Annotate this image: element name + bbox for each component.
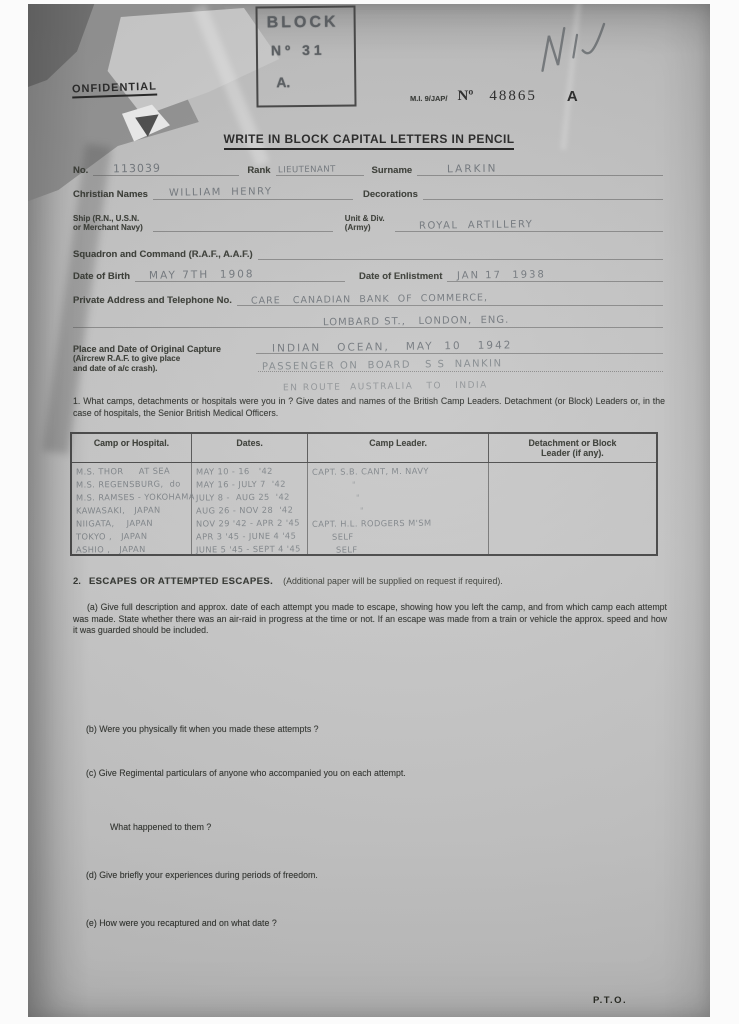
address-value-line2: LOMBARD ST., LONDON, ENG.	[323, 315, 509, 329]
camp-cell: M.S. THOR AT SEA	[76, 465, 191, 476]
question-2-heading: 2. ESCAPES OR ATTEMPTED ESCAPES. (Additi…	[73, 576, 503, 587]
squadron-line	[258, 244, 663, 260]
no-value: 113039	[113, 162, 161, 176]
surname-line: LARKIN	[417, 160, 663, 176]
question-2-note: (Additional paper will be supplied on re…	[283, 576, 503, 586]
leader-cell: CAPT. S.B. CANT, M. NAVY	[312, 465, 488, 477]
question-2b-text: (b) Were you physically fit when you mad…	[86, 724, 646, 736]
detachment-cell	[493, 553, 656, 555]
unit-line: ROYAL ARTILLERY	[395, 216, 663, 232]
stamp-block-number: Nº 31	[271, 42, 326, 59]
address-line1: CARE CANADIAN BANK OF COMMERCE,	[237, 290, 663, 306]
christian-names-value: WILLIAM HENRY	[169, 186, 273, 198]
squadron-label: Squadron and Command (R.A.F., A.A.F.)	[73, 249, 258, 260]
pto-footer: P.T.O.	[593, 995, 627, 1006]
ship-label-line2: or Merchant Navy)	[73, 223, 148, 232]
dob-label: Date of Birth	[73, 271, 135, 282]
rank-label: Rank	[247, 165, 275, 176]
leader-cell: SELF	[312, 530, 488, 542]
capture-value-line3: EN ROUTE AUSTRALIA TO INDIA	[283, 381, 488, 394]
decorations-label: Decorations	[363, 189, 423, 200]
pencil-scribble	[523, 6, 649, 82]
col-camp-leader: Camp Leader.	[308, 433, 489, 463]
capture-label: Place and Date of Original Capture	[73, 344, 256, 354]
enlistment-label: Date of Enlistment	[359, 271, 447, 282]
question-2e-text: (e) How were you recaptured and on what …	[86, 918, 646, 930]
decorations-line	[423, 184, 663, 200]
dates-cell: MAY 10 - 16 '42	[196, 465, 307, 476]
camp-cell: M.S. RAMSES - YOKOHAMA	[76, 491, 191, 502]
capture-label-line3: and date of a/c crash).	[73, 364, 162, 373]
torn-corner-dark	[28, 4, 176, 132]
leader-cell: "	[312, 491, 488, 503]
surname-label: Surname	[372, 165, 418, 176]
question-2-title: ESCAPES OR ATTEMPTED ESCAPES.	[89, 576, 283, 587]
question-2-number: 2.	[73, 576, 89, 587]
form-heading: WRITE IN BLOCK CAPITAL LETTERS IN PENCIL	[28, 130, 710, 150]
serial-no-symbol: Nº	[458, 88, 474, 105]
dates-cell: AUG 26 - NOV 28 '42	[196, 504, 307, 515]
leader-cell: CAPT. H.L. RODGERS M'SM	[312, 517, 488, 529]
stamp-block-word: BLOCK	[267, 14, 339, 33]
dates-cell: APR 3 '45 - JUNE 4 '45	[196, 530, 307, 541]
table-row: KAWASAKI, JAPAN AUG 26 - NOV 28 '42 "	[71, 502, 657, 515]
form-heading-text: WRITE IN BLOCK CAPITAL LETTERS IN PENCIL	[224, 132, 515, 150]
mi9-reference: M.I. 9/JAP/	[410, 94, 448, 105]
address-value-line1: CARE CANADIAN BANK OF COMMERCE,	[251, 292, 488, 306]
dob-line: MAY 7TH 1908	[135, 266, 345, 282]
surname-value: LARKIN	[447, 163, 498, 176]
table-row: M.S. RAMSES - YOKOHAMA JULY 8 - AUG 25 '…	[71, 489, 657, 502]
leader-cell: "	[312, 478, 488, 490]
dates-cell: JULY 8 - AUG 25 '42	[196, 491, 307, 502]
ship-label: Ship (R.N., U.S.N. or Merchant Navy)	[73, 214, 153, 232]
camp-cell: ASHIO , JAPAN	[76, 543, 191, 554]
leader-cell: "	[312, 504, 488, 516]
enlistment-line: JAN 17 1938	[447, 266, 663, 282]
question-1-text: 1. What camps, detachments or hospitals …	[73, 396, 665, 419]
rank-value: LIEUTENANT	[277, 165, 335, 176]
unit-value: ROYAL ARTILLERY	[419, 219, 534, 232]
christian-names-line: WILLIAM HENRY	[153, 184, 353, 200]
serial-row: M.I. 9/JAP/ Nº 48865 A	[410, 88, 578, 105]
question-2c-text: (c) Give Regimental particulars of anyon…	[86, 768, 646, 780]
camp-cell: KAWASAKI, JAPAN	[76, 504, 191, 515]
address-line2: LOMBARD ST., LONDON, ENG.	[73, 312, 663, 328]
question-2a-text: (a) Give full description and approx. da…	[73, 602, 667, 637]
col-detachment-leader: Detachment or Block Leader (if any).	[488, 433, 657, 463]
address-label: Private Address and Telephone No.	[73, 295, 237, 306]
capture-value-line1: INDIAN OCEAN, MAY 10 1942	[272, 339, 513, 354]
confidential-stamp: ONFIDENTIAL	[72, 81, 157, 99]
leader-cell: SELF	[312, 543, 488, 555]
scanned-page: { "meta": { "confidential": "ONFIDENTIAL…	[0, 0, 739, 1024]
block-number-stamp: BLOCK Nº 31 A.	[255, 5, 356, 107]
capture-value-line2: PASSENGER ON BOARD S S NANKIN	[262, 358, 503, 372]
camp-cell: TOKYO , JAPAN	[76, 530, 191, 541]
enlistment-value: JAN 17 1938	[457, 269, 546, 281]
no-line: 113039	[93, 160, 239, 176]
table-row: M.S. REGENSBURG, do MAY 16 - JULY 7 '42 …	[71, 476, 657, 489]
question-2c2-text: What happened to them ?	[110, 822, 510, 834]
table-row: M.S. THOR AT SEA MAY 10 - 16 '42 CAPT. S…	[71, 463, 657, 477]
dates-cell: JUNE 5 '45 - SEPT 4 '45	[196, 543, 307, 554]
dates-cell: MAY 16 - JULY 7 '42	[196, 478, 307, 489]
unit-label: Unit & Div. (Army)	[345, 214, 395, 232]
dob-value: MAY 7TH 1908	[149, 268, 255, 281]
camps-table: Camp or Hospital. Dates. Camp Leader. De…	[70, 432, 658, 556]
serial-number: 48865	[489, 88, 537, 105]
capture-label-line2: (Aircrew R.A.F. to give place	[73, 354, 185, 363]
stamp-block-letter: A.	[276, 74, 290, 90]
camp-cell: M.S. REGENSBURG, do	[76, 478, 191, 489]
no-label: No.	[73, 165, 93, 176]
camp-cell: NIIGATA, JAPAN	[76, 517, 191, 528]
serial-suffix: A	[567, 88, 578, 105]
col-camp-or-hospital: Camp or Hospital.	[71, 433, 191, 463]
dates-cell: NOV 29 '42 - APR 2 '45	[196, 517, 307, 528]
rank-line: LIEUTENANT	[276, 160, 364, 176]
unit-label-line1: Unit & Div.	[345, 214, 390, 223]
document-sheet: ONFIDENTIAL BLOCK Nº 31 A. M.I. 9/JAP/ N…	[28, 4, 710, 1017]
capture-line1: INDIAN OCEAN, MAY 10 1942	[256, 338, 663, 354]
capture-label-line1: Place and Date of Original Capture	[73, 344, 251, 354]
table-row: NIIGATA, JAPAN NOV 29 '42 - APR 2 '45 CA…	[71, 515, 657, 528]
christian-names-label: Christian Names	[73, 189, 153, 200]
question-2d-text: (d) Give briefly your experiences during…	[86, 870, 646, 882]
table-row: TOKYO , JAPAN APR 3 '45 - JUNE 4 '45 SEL…	[71, 528, 657, 541]
ship-line	[153, 216, 333, 232]
ship-label-line1: Ship (R.N., U.S.N.	[73, 214, 148, 223]
camps-table-header-row: Camp or Hospital. Dates. Camp Leader. De…	[71, 433, 657, 463]
unit-label-line2: (Army)	[345, 223, 390, 232]
capture-line2: PASSENGER ON BOARD S S NANKIN	[258, 356, 663, 372]
col-dates: Dates.	[191, 433, 307, 463]
table-row: ASHIO , JAPAN JUNE 5 '45 - SEPT 4 '45 SE…	[71, 541, 657, 555]
